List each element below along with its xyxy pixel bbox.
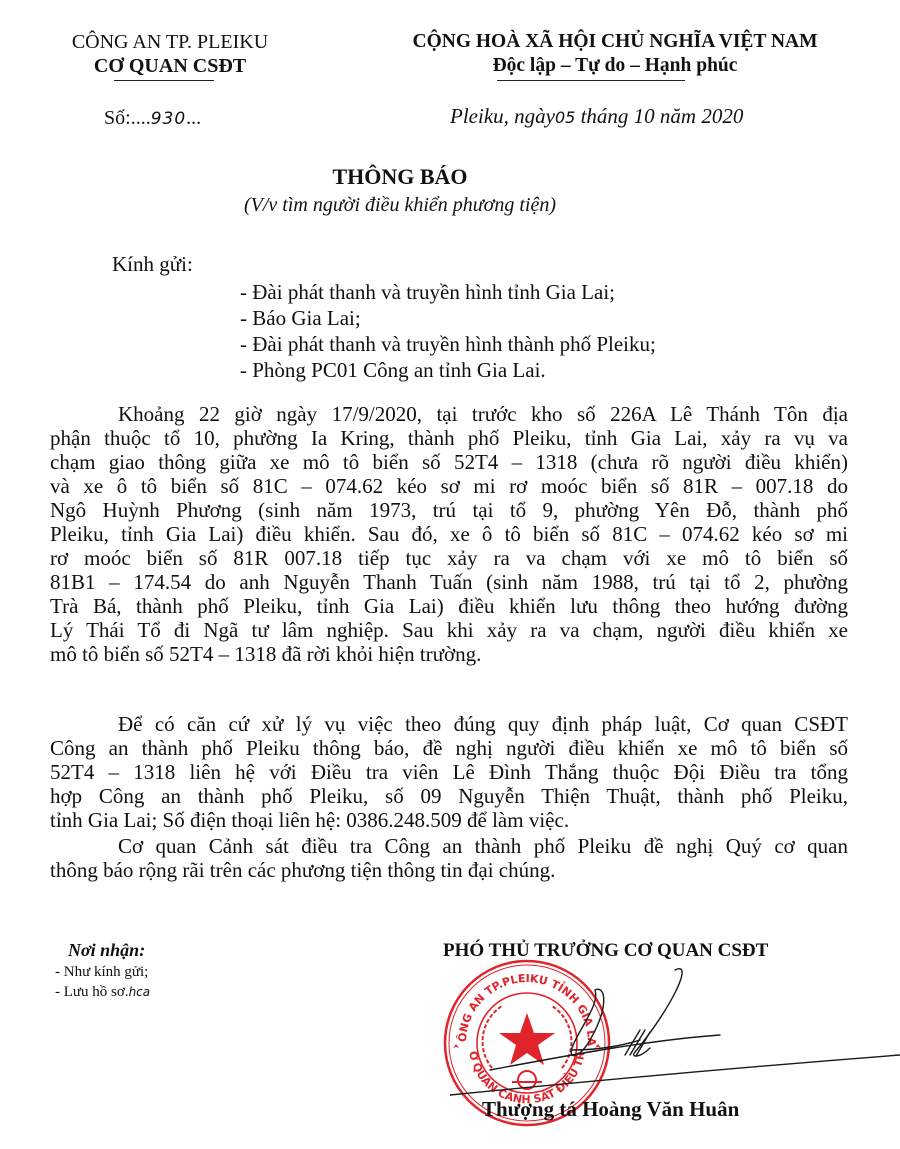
issuing-agency: CÔNG AN TP. PLEIKU CƠ QUAN CSĐT [20,30,320,78]
distribution-label: Nơi nhận: [68,940,145,961]
body-line: phận thuộc tổ 10, phường Ia Kring, thành… [50,426,848,451]
body-line: tỉnh Gia Lai; Số điện thoại liên hệ: 038… [50,808,848,833]
number-label: Số: [104,107,131,129]
document-number: Số:....930... [104,107,201,130]
document-title: THÔNG BÁO [100,164,700,190]
body-line: Khoảng 22 giờ ngày 17/9/2020, tại trước … [118,402,848,427]
signer-name: Thượng tá Hoàng Văn Huân [482,1097,739,1122]
national-motto: CỘNG HOÀ XÃ HỘI CHỦ NGHĨA VIỆT NAM Độc l… [350,30,880,78]
distribution-item: - Lưu hồ sơ.hca [55,984,150,1001]
body-line: và xe ô tô biển số 81C – 074.62 kéo sơ m… [50,474,848,499]
distribution-item: - Như kính gửi; [55,964,148,981]
agency-department: CƠ QUAN CSĐT [20,54,320,78]
agency-name: CÔNG AN TP. PLEIKU [20,30,320,54]
recipient-item: - Đài phát thanh và truyền hình thành ph… [240,332,656,357]
body-line: rơ moóc biển số 81R 007.18 tiếp tục xảy … [50,546,848,571]
country-name: CỘNG HOÀ XÃ HỘI CHỦ NGHĨA VIỆT NAM [350,30,880,54]
place-date: Pleiku, ngày05 tháng 10 năm 2020 [450,104,743,129]
body-line: Pleiku, tỉnh Gia Lai) điều khiển. Sau đó… [50,522,848,547]
agency-underline [114,80,214,81]
recipient-item: - Phòng PC01 Công an tỉnh Gia Lai. [240,358,546,383]
body-line: Công an thành phố Pleiku thông báo, đề n… [50,736,848,761]
body-line: thông báo rộng rãi trên các phương tiện … [50,858,848,883]
body-line: Cơ quan Cảnh sát điều tra Công an thành … [118,834,848,859]
body-line: 52T4 – 1318 liên hệ với Điều tra viên Lê… [50,760,848,785]
motto-underline [497,80,685,81]
body-line: Lý Thái Tổ đi Ngã tư lâm nghiệp. Sau khi… [50,618,848,643]
body-line: 81B1 – 174.54 do anh Nguyễn Thanh Tuấn (… [50,570,848,595]
recipient-item: - Đài phát thanh và truyền hình tỉnh Gia… [240,280,615,305]
motto: Độc lập – Tự do – Hạnh phúc [350,54,880,78]
document-subject: (V/v tìm người điều khiển phương tiện) [100,194,700,217]
body-line: Ngô Huỳnh Phương (sinh năm 1973, trú tại… [50,498,848,523]
archive-initials: hca [129,985,151,999]
body-line: Trà Bá, thành phố Pleiku, tỉnh Gia Lai) … [50,594,848,619]
body-line: hợp Công an thành phố Pleiku, số 09 Nguy… [50,784,848,809]
date-day: 05 [555,108,575,127]
body-line: Để có căn cứ xử lý vụ việc theo đúng quy… [118,712,848,737]
body-line: chạm giao thông giữa xe mô tô biển số 52… [50,450,848,475]
recipients-label: Kính gửi: [112,252,193,277]
number-value: 930 [151,109,186,129]
body-line: mô tô biển số 52T4 – 1318 đã rời khỏi hi… [50,642,848,667]
recipient-item: - Báo Gia Lai; [240,306,361,331]
